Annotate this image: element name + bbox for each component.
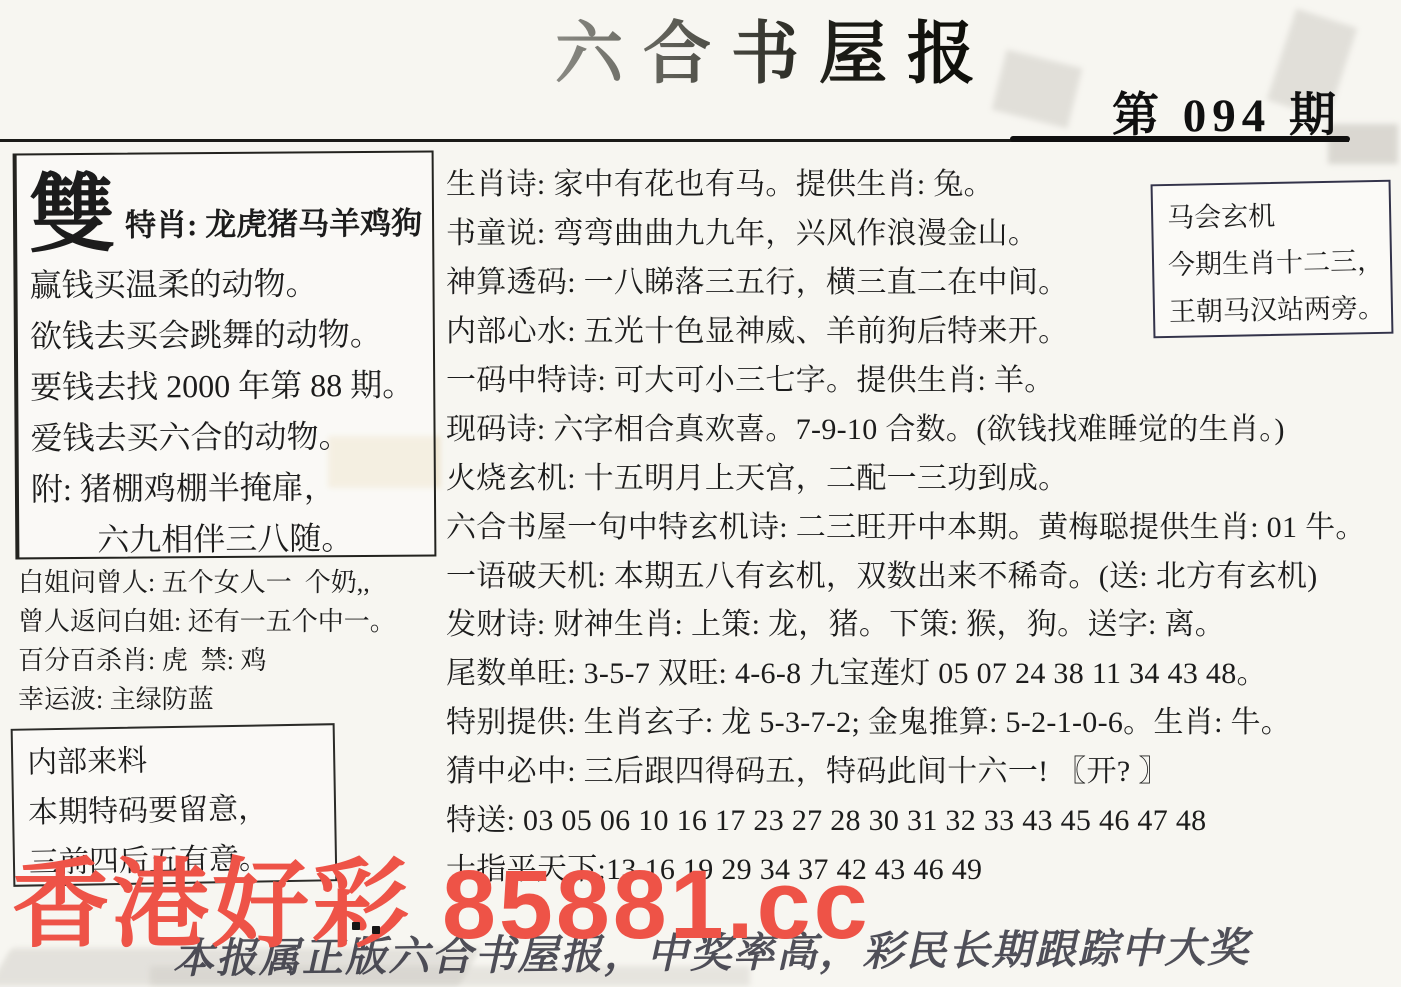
prediction-line: 特别提供: 生肖玄子: 龙 5-3-7-2; 金鬼推算: 5-2-1-0-6。生…	[446, 695, 1398, 744]
special-zodiac-headline: 特肖: 龙虎猪马羊鸡狗	[115, 198, 422, 257]
tip-line: 附: 猪棚鸡棚半掩扉，	[31, 459, 426, 513]
prediction-line: 火烧玄机: 十五明月上天宫，二配一三功到成。	[446, 450, 1398, 499]
tip-line: 爱钱去买六合的动物。	[30, 408, 425, 462]
issue-number: 第 094 期	[1112, 78, 1342, 145]
site-watermark: 香港好彩 85881.cc	[12, 856, 871, 953]
tip-line: 赢钱买温柔的动物。	[29, 255, 424, 309]
baijie-line: 曾人返问白姐: 还有一五个中一。	[18, 600, 444, 639]
prediction-line: 一码中特诗: 可大可小三七字。提供生肖: 羊。	[446, 353, 1398, 402]
predictions-column: 生肖诗: 家中有花也有马。提供生肖: 兔。 书童说: 弯弯曲曲九九年，兴风作浪漫…	[446, 157, 1398, 890]
prediction-line: 内部心水: 五光十色显神威、羊前狗后特来开。	[446, 304, 1398, 353]
prediction-line: 神算透码: 一八睇落三五行，横三直二在中间。	[446, 255, 1398, 304]
paper-title: 六合书屋报	[540, 14, 1010, 96]
baijie-line: 百分百杀肖: 虎 禁: 鸡	[18, 639, 444, 678]
newspaper-page: 六合书屋报 第 094 期 雙 特肖: 龙虎猪马羊鸡狗 赢钱买温柔的动物。 欲钱…	[0, 0, 1401, 987]
tip-line: 要钱去找 2000 年第 88 期。	[30, 357, 425, 411]
double-character: 雙	[29, 175, 116, 257]
prediction-line: 书童说: 弯弯曲曲九九年，兴风作浪漫金山。	[446, 206, 1398, 255]
prediction-line: 发财诗: 财神生肖: 上策: 龙，猪。下策: 猴，狗。送字: 离。	[446, 597, 1398, 646]
baijie-section: 白姐问曾人: 五个女人一 个奶,, 曾人返问白姐: 还有一五个中一。 百分百杀肖…	[18, 561, 444, 717]
baijie-line: 幸运波: 主绿防蓝	[18, 678, 444, 717]
special-zodiac-headline-row: 雙 特肖: 龙虎猪马羊鸡狗	[29, 157, 425, 258]
ink-dot	[352, 922, 360, 930]
prediction-line: 六合书屋一句中特玄机诗: 二三旺开中本期。黄梅聪提供生肖: 01 牛。	[446, 499, 1398, 548]
prediction-line: 尾数单旺: 3-5-7 双旺: 4-6-8 九宝莲灯 05 07 24 38 1…	[446, 646, 1398, 695]
special-zodiac-box: 雙 特肖: 龙虎猪马羊鸡狗 赢钱买温柔的动物。 欲钱去买会跳舞的动物。 要钱去找…	[13, 151, 437, 560]
tip-line: 六九相伴三八随。	[31, 510, 426, 564]
prediction-line: 特送: 03 05 06 10 16 17 23 27 28 30 31 32 …	[446, 793, 1398, 842]
prediction-line: 现码诗: 六字相合真欢喜。7-9-10 合数。(欲钱找难睡觉的生肖。)	[446, 401, 1398, 450]
ink-dot	[372, 926, 380, 934]
internal-info-line: 内部来料	[27, 729, 326, 784]
prediction-line: 猜中必中: 三后跟四得码五，特码此间十六一! 〖开? 〗	[446, 744, 1398, 793]
prediction-line: 一语破天机: 本期五八有玄机，双数出来不稀奇。(送: 北方有玄机)	[446, 548, 1398, 597]
internal-info-line: 本期特码要留意，	[28, 779, 327, 834]
baijie-line: 白姐问曾人: 五个女人一 个奶,,	[18, 561, 444, 600]
prediction-line: 生肖诗: 家中有花也有马。提供生肖: 兔。	[446, 157, 1398, 206]
tip-line: 欲钱去买会跳舞的动物。	[30, 306, 425, 360]
